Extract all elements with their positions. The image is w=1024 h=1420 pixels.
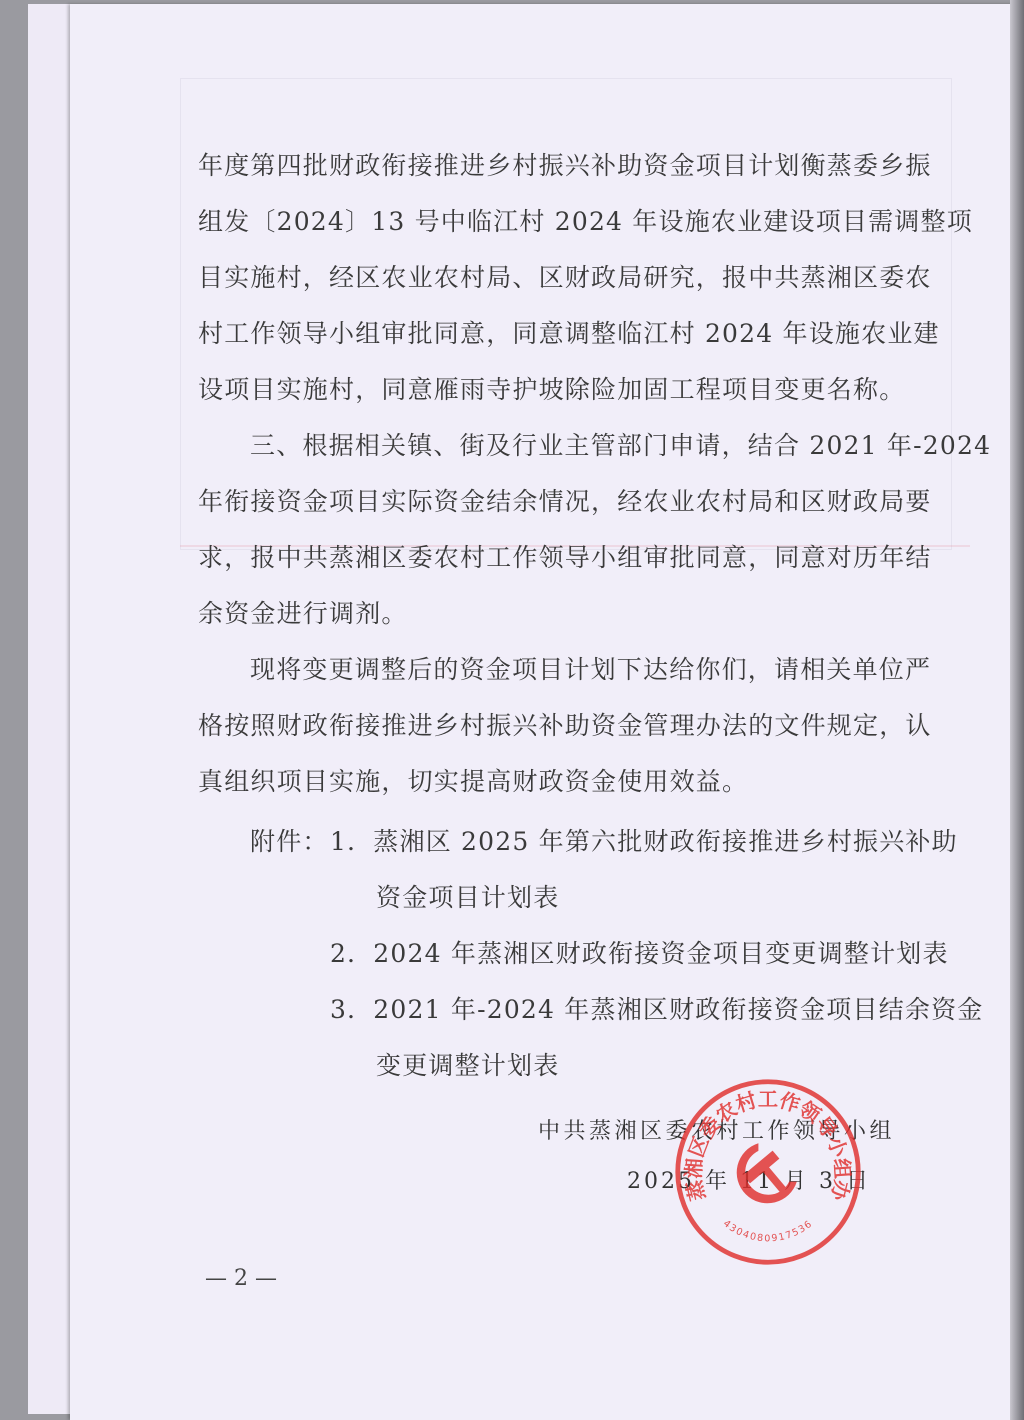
- text-line: 年度第四批财政衔接推进乡村振兴补助资金项目计划衡蒸委乡振: [198, 150, 932, 182]
- attachments-label: 附件：: [250, 826, 329, 858]
- attachment-item-continued: 变更调整计划表: [376, 1050, 559, 1082]
- seal-serial: 4304080917536: [721, 1218, 815, 1244]
- text-line: 真组织项目实施，切实提高财政资金使用效益。: [198, 766, 748, 798]
- seal-text: 中共蒸湘区委农村工作领导小组办公室: [672, 1076, 855, 1204]
- attachment-item-continued: 资金项目计划表: [376, 882, 559, 914]
- text-line: 组发〔2024〕13 号中临江村 2024 年设施农业建设项目需调整项: [198, 206, 973, 238]
- text-line: 设项目实施村，同意雁雨寺护坡除险加固工程项目变更名称。: [198, 374, 905, 406]
- page-number: — 2 —: [205, 1266, 277, 1291]
- official-seal-icon: 中共蒸湘区委农村工作领导小组办公室 4304080917536: [672, 1076, 864, 1268]
- svg-text:4304080917536: 4304080917536: [721, 1218, 815, 1244]
- text-line: 年衔接资金项目实际资金结余情况，经农业农村局和区财政局要: [198, 486, 932, 518]
- attachment-item: 2．2024 年蒸湘区财政衔接资金项目变更调整计划表: [330, 938, 949, 970]
- text-line: 目实施村，经区农业农村局、区财政局研究，报中共蒸湘区委农: [198, 262, 932, 294]
- text-line: 现将变更调整后的资金项目计划下达给你们，请相关单位严: [250, 654, 931, 686]
- text-line: 余资金进行调剂。: [198, 598, 408, 630]
- text-line: 格按照财政衔接推进乡村振兴补助资金管理办法的文件规定，认: [198, 710, 932, 742]
- text-line: 求，报中共蒸湘区委农村工作领导小组审批同意，同意对历年结: [198, 542, 932, 574]
- svg-text:中共蒸湘区委农村工作领导小组办公室: 中共蒸湘区委农村工作领导小组办公室: [672, 1076, 855, 1204]
- bleed-through-table: [180, 78, 952, 550]
- scan-edge-shadow: [1010, 0, 1024, 1420]
- attachment-item: 3．2021 年-2024 年蒸湘区财政衔接资金项目结余资金: [330, 994, 984, 1026]
- attachment-item: 1．蒸湘区 2025 年第六批财政衔接推进乡村振兴补助: [330, 826, 958, 858]
- text-line: 村工作领导小组审批同意，同意调整临江村 2024 年设施农业建: [198, 318, 940, 350]
- text-line: 三、根据相关镇、街及行业主管部门申请，结合 2021 年-2024: [250, 430, 991, 462]
